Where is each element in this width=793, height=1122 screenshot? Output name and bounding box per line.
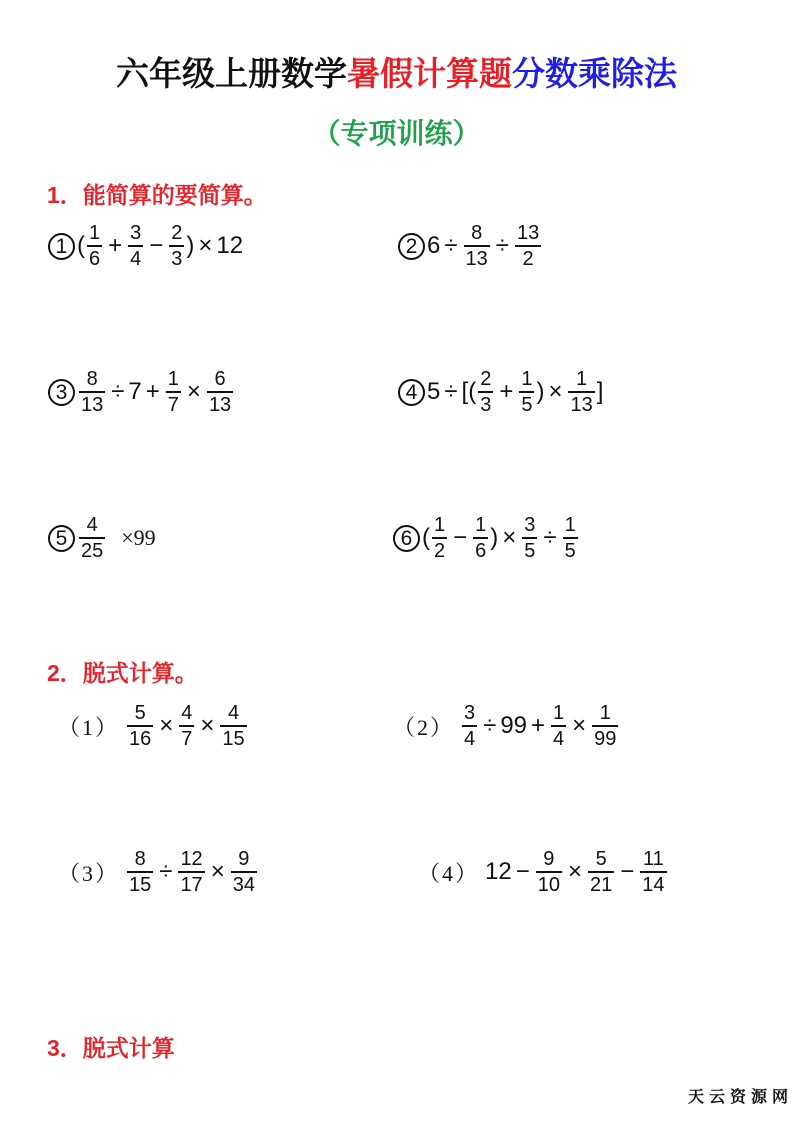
title-subject: 分数乘除法 bbox=[512, 55, 677, 92]
number: 5 bbox=[427, 378, 440, 406]
problem-1-1: 1 ( 16 + 34 − 23 ) × 12 bbox=[48, 216, 243, 276]
watermark: 天云资源网 bbox=[688, 1084, 793, 1107]
problem-2-2: （2） 34 ÷ 99 + 14 × 199 bbox=[393, 696, 620, 756]
fraction-bar bbox=[166, 391, 181, 393]
open-bracket: [( bbox=[462, 378, 477, 406]
fraction: 16 bbox=[87, 222, 102, 270]
problem-2-3: （3） 815 ÷ 1217 × 934 bbox=[58, 842, 259, 902]
problem-2-4: （4） 12 − 910 × 521 − 1114 bbox=[418, 842, 669, 902]
problem-2-1: （1） 516 × 47 × 415 bbox=[58, 696, 249, 756]
fraction: 1114 bbox=[640, 848, 666, 896]
problem-number: 2 bbox=[398, 233, 425, 260]
plus-operator: + bbox=[146, 378, 160, 406]
divide-operator: ÷ bbox=[111, 378, 124, 406]
number: 6 bbox=[427, 232, 440, 260]
page-subtitle: （专项训练） bbox=[0, 112, 793, 156]
problem-number: 4 bbox=[398, 379, 425, 406]
fraction: 815 bbox=[127, 848, 153, 896]
fraction: 199 bbox=[592, 702, 618, 750]
minus-operator: − bbox=[516, 858, 530, 886]
fraction: 813 bbox=[464, 222, 490, 270]
fraction-bar bbox=[169, 245, 184, 247]
fraction: 425 bbox=[79, 514, 105, 562]
fraction: 521 bbox=[588, 848, 614, 896]
fraction: 516 bbox=[127, 702, 153, 750]
fraction-bar bbox=[563, 537, 578, 539]
fraction-bar bbox=[464, 245, 490, 247]
fraction-bar bbox=[522, 537, 537, 539]
problem-1-6: 6 ( 12 − 16 ) × 35 ÷ 15 bbox=[393, 508, 580, 568]
number: 7 bbox=[128, 378, 141, 406]
close-bracket: ] bbox=[597, 378, 604, 406]
fraction: 17 bbox=[166, 368, 181, 416]
problem-1-4: 4 5 ÷ [( 23 + 15 ) × 113 ] bbox=[398, 362, 603, 422]
divide-operator: ÷ bbox=[483, 712, 496, 740]
problem-number: 5 bbox=[48, 525, 75, 552]
times-operator: × bbox=[200, 712, 214, 740]
fraction: 113 bbox=[568, 368, 594, 416]
fraction: 14 bbox=[551, 702, 566, 750]
problem-1-3: 3 813 ÷ 7 + 17 × 613 bbox=[48, 362, 235, 422]
fraction: 12 bbox=[432, 514, 447, 562]
fraction-bar bbox=[178, 871, 204, 873]
fraction-bar bbox=[519, 391, 534, 393]
times-operator: × bbox=[198, 232, 212, 260]
times-operator: × bbox=[211, 858, 225, 886]
problem-number: 3 bbox=[48, 379, 75, 406]
fraction: 34 bbox=[462, 702, 477, 750]
fraction-bar bbox=[79, 537, 105, 539]
section-3-heading: 3．脱式计算 bbox=[47, 1033, 175, 1063]
number: 12 bbox=[485, 858, 512, 886]
times-operator: × bbox=[572, 712, 586, 740]
fraction-bar bbox=[231, 871, 257, 873]
fraction-bar bbox=[207, 391, 233, 393]
problem-1-2: 2 6 ÷ 813 ÷ 132 bbox=[398, 216, 543, 276]
plus-operator: + bbox=[531, 712, 545, 740]
plus-operator: + bbox=[499, 378, 513, 406]
title-grade: 六年级上册数学 bbox=[116, 55, 347, 92]
number: 12 bbox=[216, 232, 243, 260]
fraction-bar bbox=[592, 725, 618, 727]
minus-operator: − bbox=[453, 524, 467, 552]
plus-operator: + bbox=[108, 232, 122, 260]
problem-number: 1 bbox=[48, 233, 75, 260]
times-operator: × bbox=[568, 858, 582, 886]
fraction-bar bbox=[473, 537, 488, 539]
problem-number: （1） bbox=[58, 711, 119, 742]
divide-operator: ÷ bbox=[496, 232, 509, 260]
fraction-bar bbox=[640, 871, 666, 873]
fraction-bar bbox=[478, 391, 493, 393]
fraction-bar bbox=[128, 245, 143, 247]
close-paren: ) bbox=[186, 232, 194, 260]
open-paren: ( bbox=[422, 524, 430, 552]
fraction: 934 bbox=[231, 848, 257, 896]
times-operator: × bbox=[502, 524, 516, 552]
divide-operator: ÷ bbox=[159, 858, 172, 886]
fraction: 415 bbox=[220, 702, 246, 750]
fraction-bar bbox=[220, 725, 246, 727]
times-99: ×99 bbox=[121, 525, 155, 551]
close-paren: ) bbox=[490, 524, 498, 552]
open-paren: ( bbox=[77, 232, 85, 260]
times-operator: × bbox=[159, 712, 173, 740]
minus-operator: − bbox=[620, 858, 634, 886]
divide-operator: ÷ bbox=[543, 524, 556, 552]
divide-operator: ÷ bbox=[444, 378, 457, 406]
fraction-bar bbox=[515, 245, 541, 247]
fraction-bar bbox=[551, 725, 566, 727]
section-1-heading: 1．能简算的要简算。 bbox=[47, 180, 267, 210]
fraction-bar bbox=[568, 391, 594, 393]
fraction: 910 bbox=[536, 848, 562, 896]
fraction-bar bbox=[179, 725, 194, 727]
page-title: 六年级上册数学暑假计算题分数乘除法 bbox=[0, 50, 793, 98]
section-2-heading: 2．脱式计算。 bbox=[47, 658, 198, 688]
fraction: 34 bbox=[128, 222, 143, 270]
fraction: 813 bbox=[79, 368, 105, 416]
number: 99 bbox=[500, 712, 527, 740]
fraction-bar bbox=[588, 871, 614, 873]
fraction: 15 bbox=[519, 368, 534, 416]
fraction: 132 bbox=[515, 222, 541, 270]
fraction: 16 bbox=[473, 514, 488, 562]
fraction: 23 bbox=[478, 368, 493, 416]
fraction-bar bbox=[536, 871, 562, 873]
problem-number: （4） bbox=[418, 857, 479, 888]
fraction-bar bbox=[432, 537, 447, 539]
problem-number: （2） bbox=[393, 711, 454, 742]
fraction: 1217 bbox=[178, 848, 204, 896]
times-operator: × bbox=[187, 378, 201, 406]
fraction: 613 bbox=[207, 368, 233, 416]
fraction: 35 bbox=[522, 514, 537, 562]
problem-number: 6 bbox=[393, 525, 420, 552]
fraction: 15 bbox=[563, 514, 578, 562]
problem-1-5: 5 425 ×99 bbox=[48, 508, 156, 568]
fraction-bar bbox=[462, 725, 477, 727]
times-operator: × bbox=[548, 378, 562, 406]
fraction: 23 bbox=[169, 222, 184, 270]
fraction-bar bbox=[127, 725, 153, 727]
fraction: 47 bbox=[179, 702, 194, 750]
title-topic: 暑假计算题 bbox=[347, 55, 512, 92]
minus-operator: − bbox=[149, 232, 163, 260]
fraction-bar bbox=[127, 871, 153, 873]
fraction-bar bbox=[87, 245, 102, 247]
divide-operator: ÷ bbox=[444, 232, 457, 260]
problem-number: （3） bbox=[58, 857, 119, 888]
close-paren: ) bbox=[536, 378, 544, 406]
fraction-bar bbox=[79, 391, 105, 393]
